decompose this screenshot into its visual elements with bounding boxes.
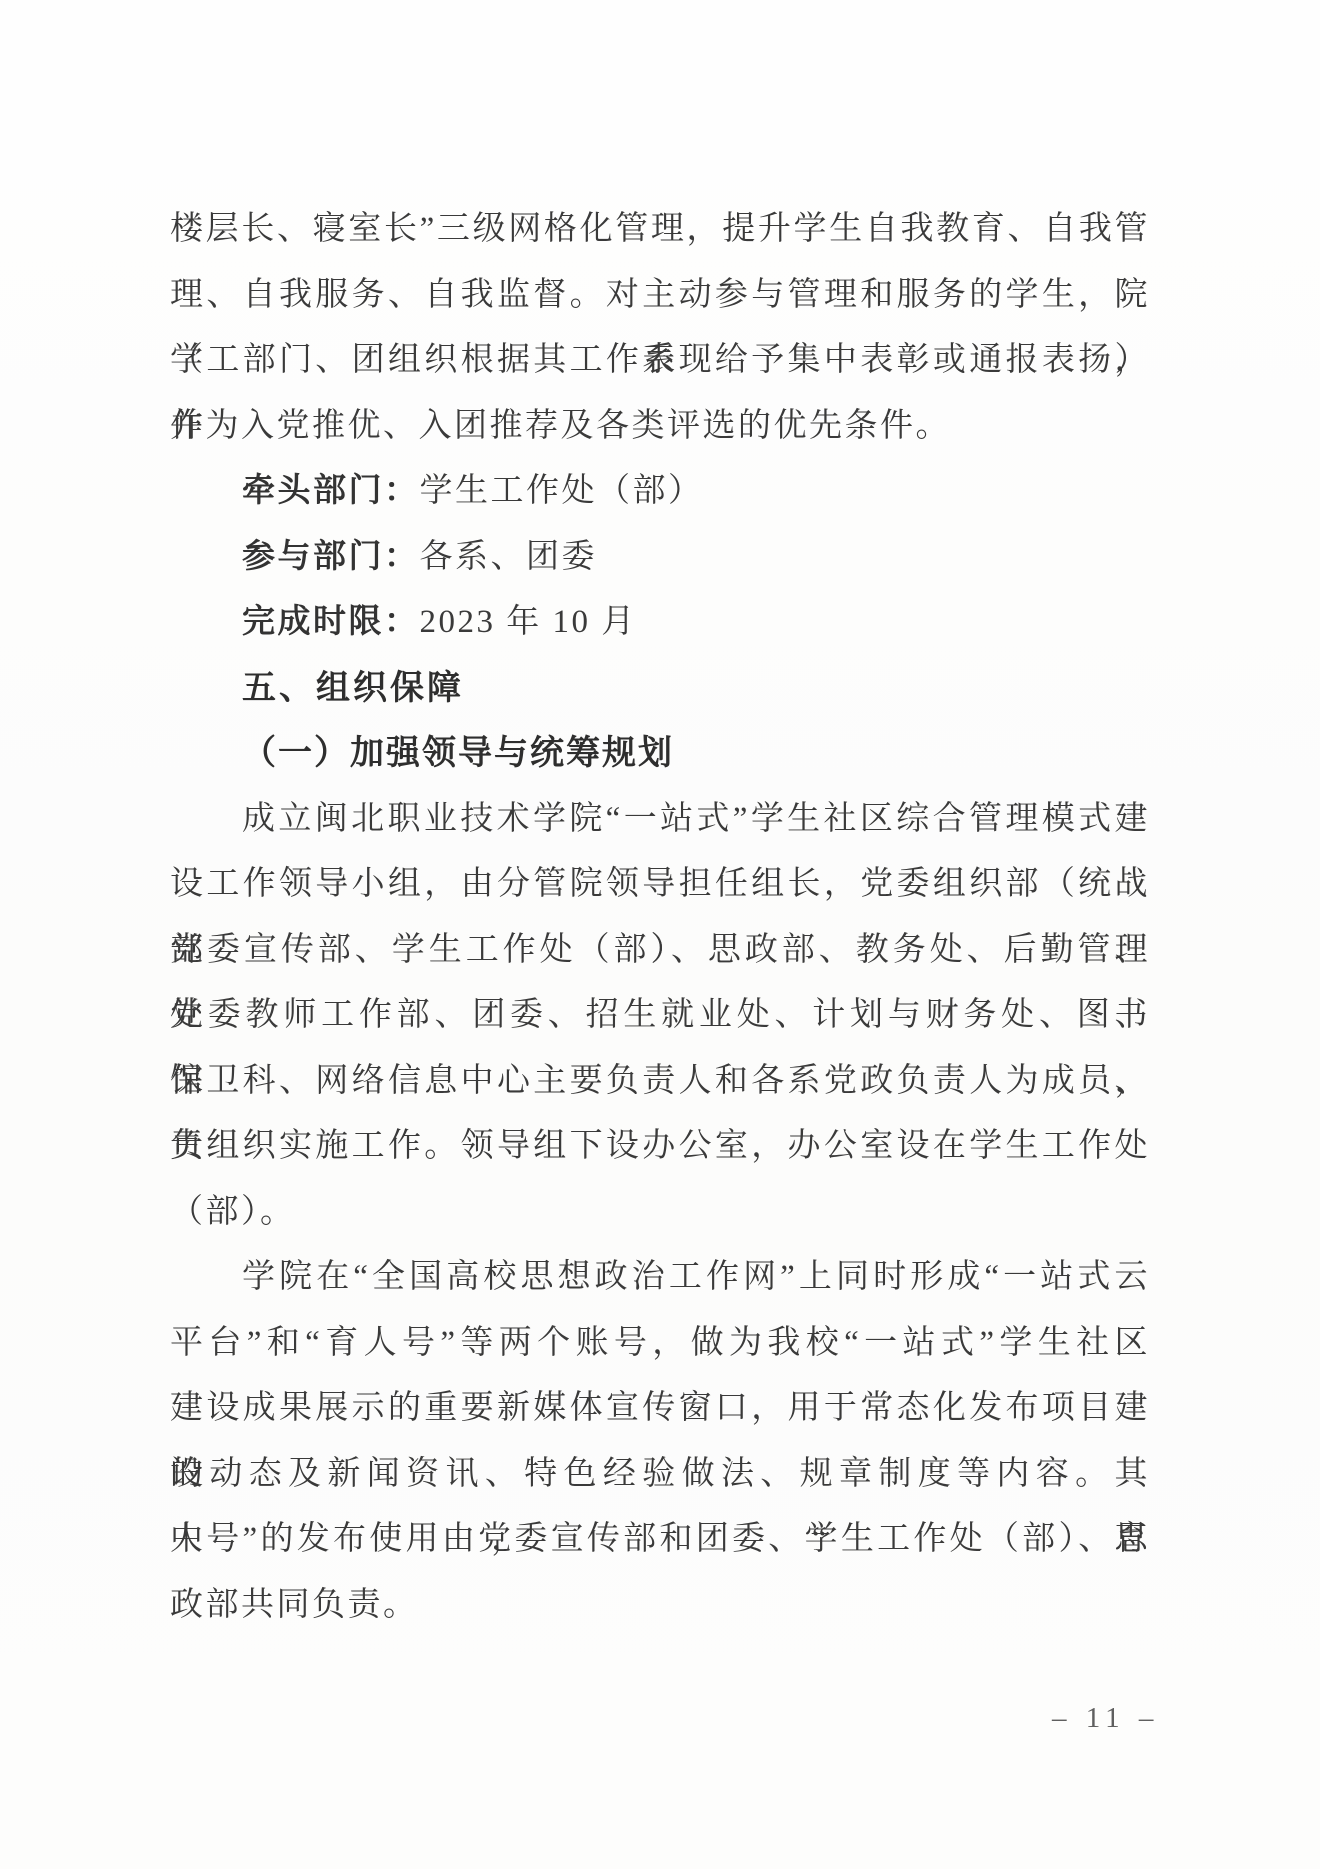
page-number: – 11 – [1052, 1702, 1159, 1735]
paragraph-line: 党委教师工作部、团委、招生就业处、计划与财务处、图书馆、 [170, 983, 1150, 1049]
participating-department-row: 参与部门：各系、团委 [170, 525, 1150, 591]
lead-department-row: 牵头部门：学生工作处（部） [170, 459, 1150, 525]
deadline-label: 完成时限： [242, 604, 420, 640]
paragraph-line: 责组织实施工作。领导组下设办公室，办公室设在学生工作处 [170, 1114, 1150, 1180]
lead-department-value: 学生工作处（部） [420, 473, 704, 509]
subsection-heading: （一）加强领导与统筹规划 [170, 721, 1150, 787]
paragraph-line: 学工部门、团组织根据其工作表现给予集中表彰或通报表扬，并 [170, 328, 1150, 394]
section-heading: 五、组织保障 [170, 656, 1150, 722]
paragraph-line: （部）。 [170, 1180, 1150, 1246]
document-body: 楼层长、寝室长”三级网格化管理，提升学生自我教育、自我管 理、自我服务、自我监督… [170, 197, 1150, 1638]
paragraph-line: 理、自我服务、自我监督。对主动参与管理和服务的学生，院（系） [170, 263, 1150, 329]
deadline-row: 完成时限：2023 年 10 月 [170, 590, 1150, 656]
deadline-value: 2023 年 10 月 [420, 604, 637, 640]
participating-department-value: 各系、团委 [420, 539, 598, 575]
paragraph-line: 政部共同负责。 [170, 1573, 1150, 1639]
paragraph-line: 建设成果展示的重要新媒体宣传窗口，用于常态化发布项目建设 [170, 1376, 1150, 1442]
paragraph-line: 的动态及新闻资讯、特色经验做法、规章制度等内容。其中，“育 [170, 1442, 1150, 1508]
paragraph-line: 平台”和“育人号”等两个账号，做为我校“一站式”学生社区 [170, 1311, 1150, 1377]
paragraph-line: 人号”的发布使用由党委宣传部和团委、学生工作处（部）、思 [170, 1507, 1150, 1573]
participating-department-label: 参与部门： [242, 539, 420, 575]
paragraph-line: 保卫科、网络信息中心主要负责人和各系党政负责人为成员，负 [170, 1049, 1150, 1115]
paragraph-line: 党委宣传部、学生工作处（部）、思政部、教务处、后勤管理处、 [170, 918, 1150, 984]
paragraph-line: 楼层长、寝室长”三级网格化管理，提升学生自我教育、自我管 [170, 197, 1150, 263]
lead-department-label: 牵头部门： [242, 473, 420, 509]
paragraph-line: 成立闽北职业技术学院“一站式”学生社区综合管理模式建 [170, 787, 1150, 853]
paragraph-line: 学院在“全国高校思想政治工作网”上同时形成“一站式云 [170, 1245, 1150, 1311]
paragraph-line: 设工作领导小组，由分管院领导担任组长，党委组织部（统战部）、 [170, 852, 1150, 918]
paragraph-line: 作为入党推优、入团推荐及各类评选的优先条件。 [170, 394, 1150, 460]
